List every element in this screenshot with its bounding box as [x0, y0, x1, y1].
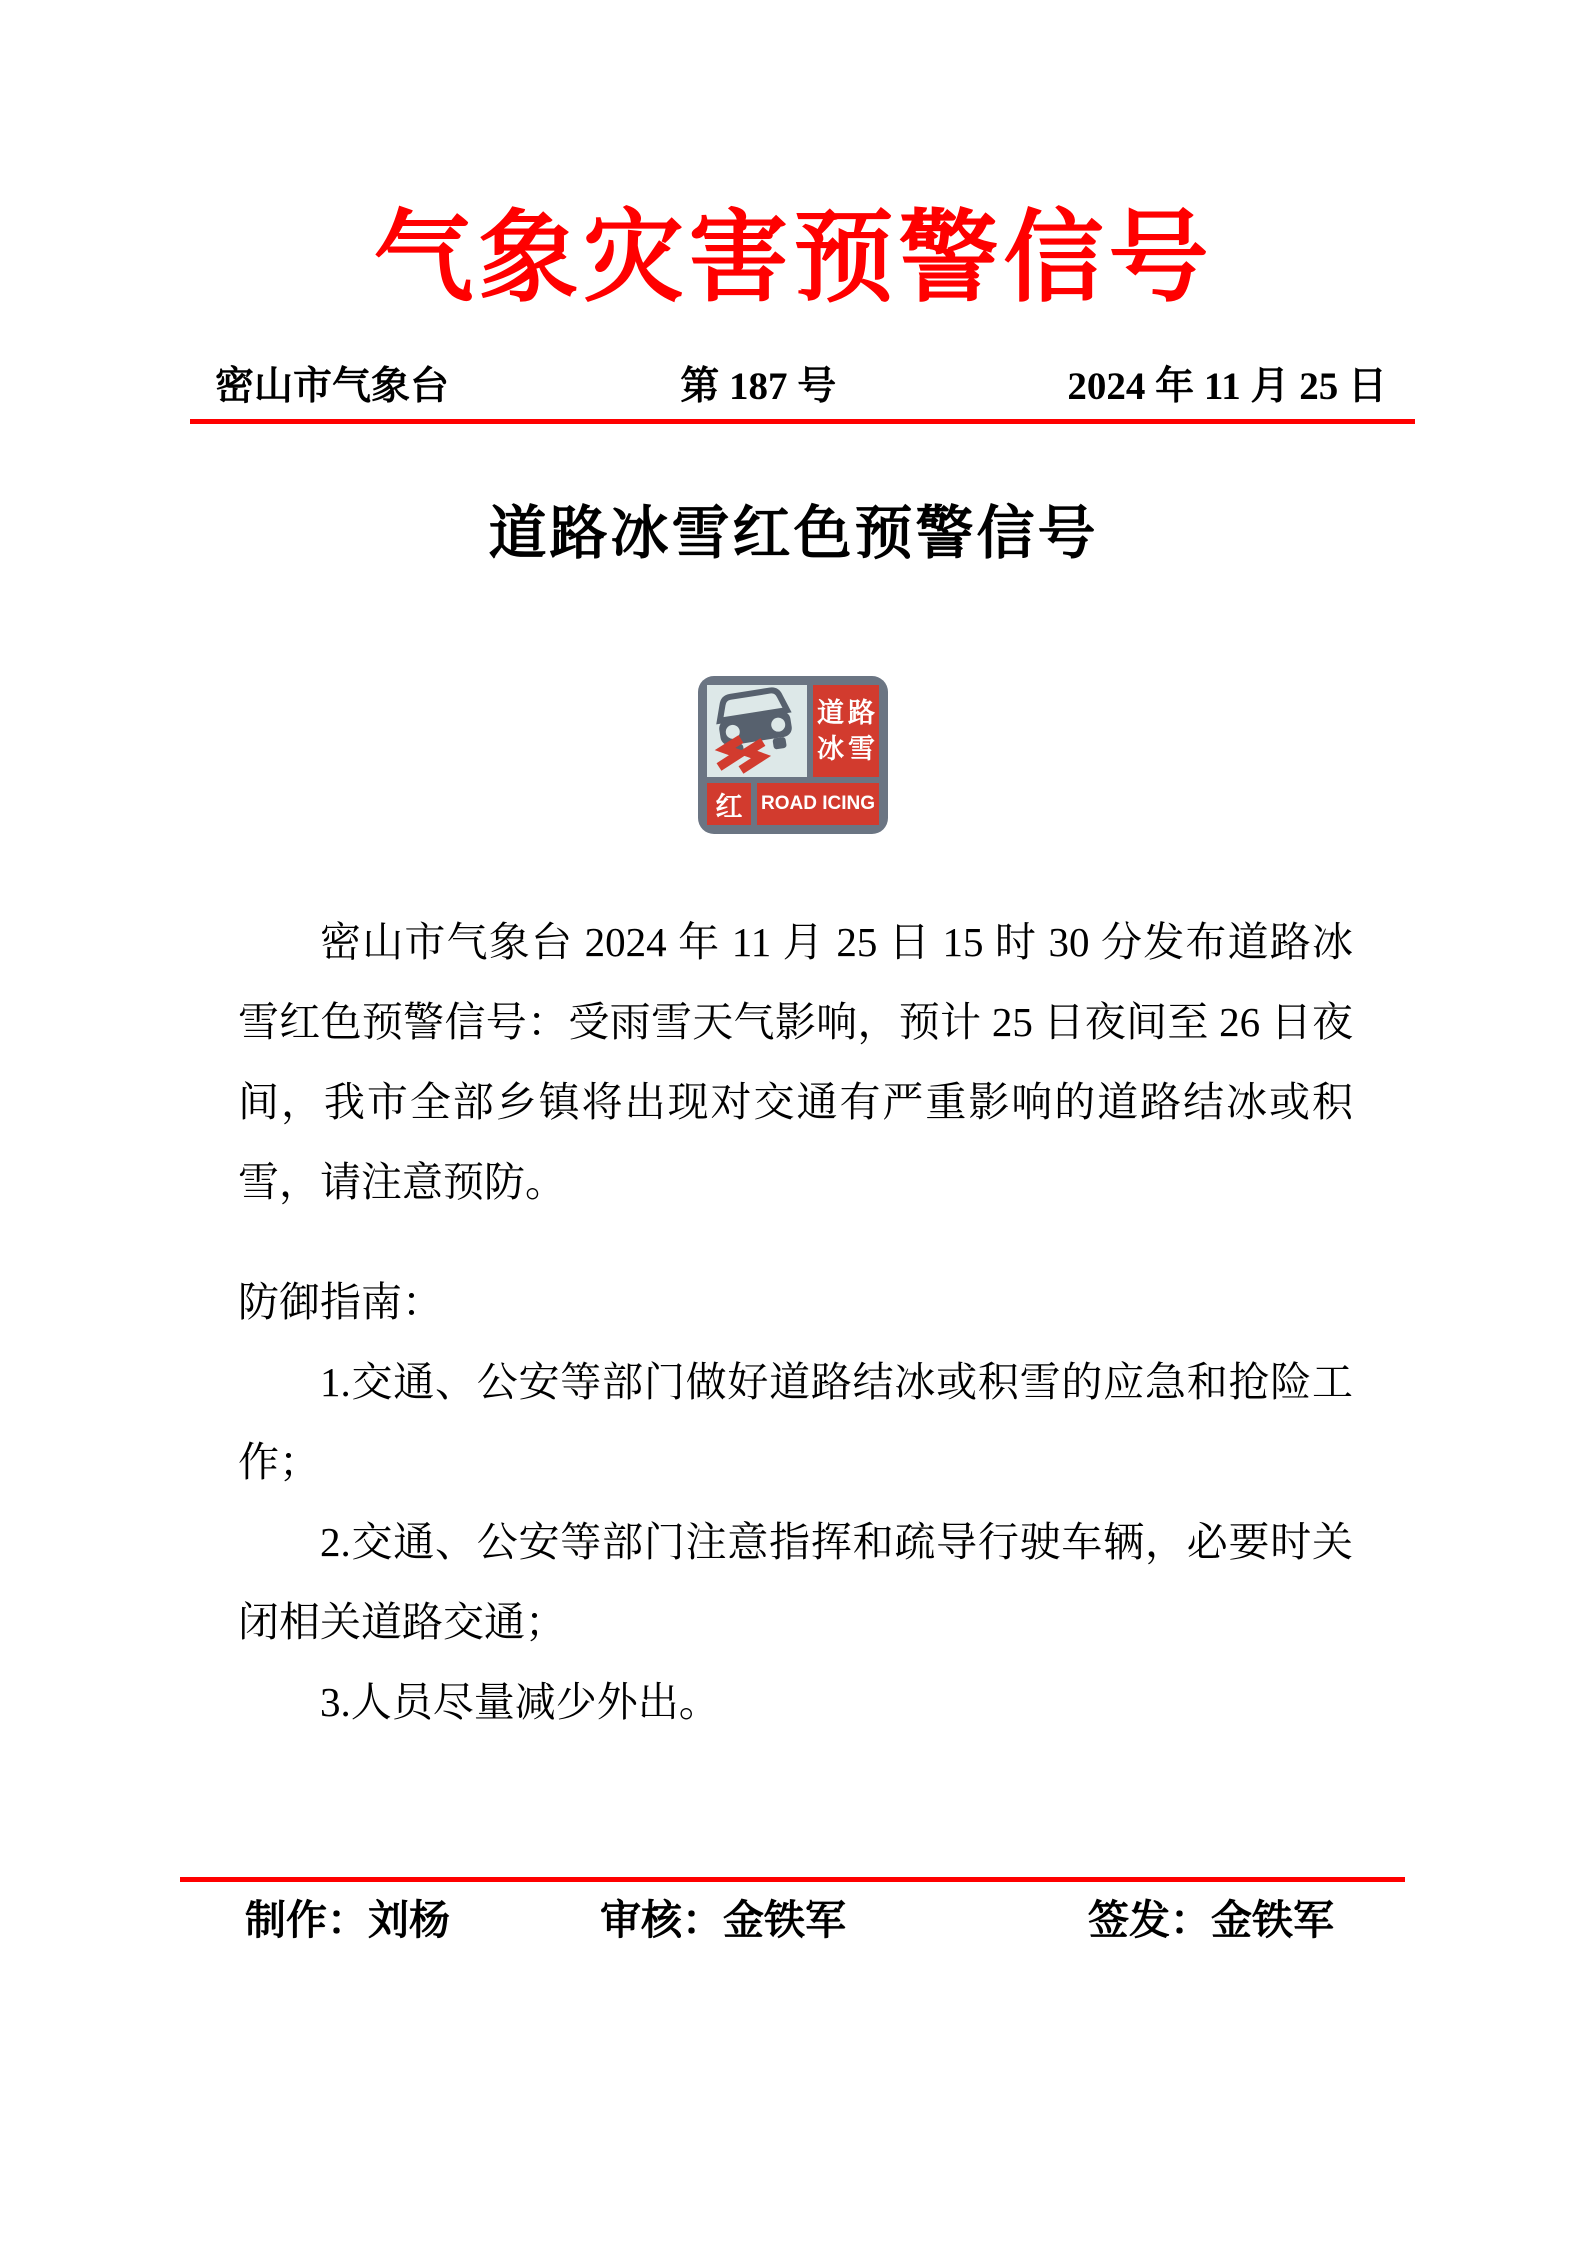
- warning-document-page: 气象灾害预警信号 密山市气象台 第 187 号 2024 年 11 月 25 日…: [0, 0, 1587, 2245]
- warning-type-line2: 冰雪: [813, 731, 879, 767]
- defense-guide-item-2: 2.交通、公安等部门注意指挥和疏导行驶车辆，必要时关闭相关道路交通；: [238, 1502, 1353, 1662]
- warning-body-paragraph: 密山市气象台 2024 年 11 月 25 日 15 时 30 分发布道路冰雪红…: [238, 902, 1353, 1222]
- warning-english-label: ROAD ICING: [757, 783, 879, 825]
- notice-heading: 道路冰雪红色预警信号: [0, 498, 1587, 571]
- defense-guide-heading: 防御指南：: [238, 1262, 1353, 1342]
- defense-guide-item-1: 1.交通、公安等部门做好道路结冰或积雪的应急和抢险工作；: [238, 1342, 1353, 1502]
- defense-guide-item-3: 3.人员尽量减少外出。: [238, 1662, 1353, 1742]
- document-number: 第 187 号: [680, 364, 836, 411]
- warning-type-label: 道路 冰雪: [813, 685, 879, 777]
- road-icing-red-warning-icon: 道路 冰雪 红 ROAD ICING: [698, 676, 888, 834]
- issue-date: 2024 年 11 月 25 日: [1067, 364, 1387, 411]
- footer-maker: 制作：刘杨: [245, 1896, 450, 1945]
- defense-guide-section: 防御指南： 1.交通、公安等部门做好道路结冰或积雪的应急和抢险工作； 2.交通、…: [238, 1262, 1353, 1742]
- warning-type-line1: 道路: [813, 695, 879, 731]
- footer-issuer: 签发：金铁军: [1088, 1896, 1334, 1945]
- document-title: 气象灾害预警信号: [0, 204, 1587, 312]
- skidding-car-panel: [707, 685, 807, 777]
- issuing-station: 密山市气象台: [215, 364, 449, 411]
- footer-divider-rule: [180, 1877, 1405, 1882]
- footer-reviewer: 审核：金铁军: [600, 1896, 846, 1945]
- warning-level-badge: 红: [707, 783, 751, 825]
- document-header-row: 密山市气象台 第 187 号 2024 年 11 月 25 日: [215, 364, 1387, 411]
- skidding-car-icon: [707, 685, 807, 777]
- header-divider-rule: [190, 419, 1415, 424]
